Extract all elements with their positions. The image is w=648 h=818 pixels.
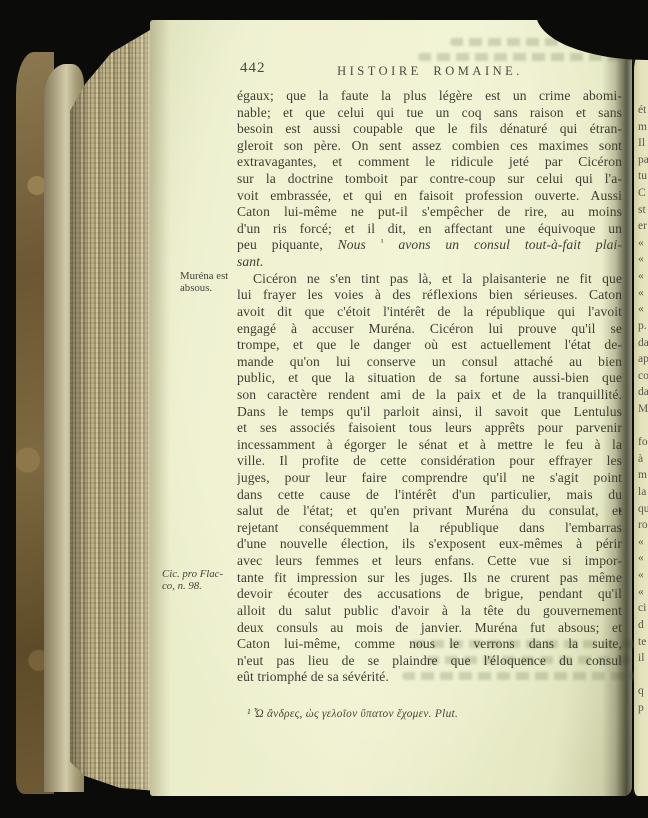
facing-page-fragment: ro — [638, 517, 648, 534]
facing-page-fragment: er — [638, 218, 648, 235]
facing-page-fragment: C — [638, 185, 648, 202]
facing-page-fragment: p — [638, 700, 648, 717]
facing-page-fragment: « — [638, 550, 648, 567]
facing-page-fragment: la — [638, 484, 648, 501]
facing-page-fragment: ci — [638, 600, 648, 617]
facing-page-fragment: d — [638, 617, 648, 634]
text-line: deux consuls au mois de janvier. Muréna … — [237, 620, 622, 637]
text-line: Caton lui-même, comme nous le verrons da… — [237, 636, 622, 653]
inner-margin-shadow — [150, 20, 170, 796]
text-line: sur la doctrine tomboit par contre-coup … — [237, 171, 622, 188]
facing-page-fragment: qu — [638, 501, 648, 518]
facing-page-fragment: ét — [638, 102, 648, 119]
facing-page-fragment: da — [638, 335, 648, 352]
text-line: dans cette cause de l'intérêt d'un parti… — [237, 487, 622, 504]
facing-page-fragment: pa — [638, 152, 648, 169]
text-line: voit embrassée, et qui en faisoit profes… — [237, 188, 622, 205]
margin-note-line: co, n. 98. — [162, 580, 232, 592]
text-line: public, et que la situation de sa fortun… — [237, 370, 622, 387]
page: 442 HISTOIRE ROMAINE. Muréna estabsous. … — [150, 20, 632, 796]
running-title: HISTOIRE ROMAINE. — [237, 64, 623, 79]
facing-page-fragment: « — [638, 285, 648, 302]
facing-page-fragment: « — [638, 268, 648, 285]
text-line: Caton lui-même ne put-il s'empêcher de r… — [237, 204, 622, 221]
facing-page-fragment: Il — [638, 135, 648, 152]
text-line: trompe, et que le danger où est actuelle… — [237, 337, 622, 354]
text-line: gleroit son père. On sent assez combien … — [237, 138, 622, 155]
text-line: incessamment à égorger le sénat et à met… — [237, 437, 622, 454]
facing-page-fragment: p. — [638, 318, 648, 335]
body-text: égaux; que la faute la plus légère est u… — [237, 88, 622, 686]
facing-page-fragment: st — [638, 202, 648, 219]
stacked-pages-fore-edge — [70, 22, 156, 794]
facing-page-fragment: « — [638, 584, 648, 601]
text-line: peu piquante, Nous ¹ avons un consul tou… — [237, 237, 622, 254]
facing-page-fragment: « — [638, 251, 648, 268]
text-line: rejetant conséquemment la république dan… — [237, 520, 622, 537]
facing-page-fragment: m — [638, 467, 648, 484]
facing-page-fragments: étmIlpatuCster«««««p.daapcodaM foàmlaqur… — [638, 102, 648, 717]
text-line: avoit dit que c'étoit l'intérêt de la ré… — [237, 304, 622, 321]
text-line: alloit du salut public d'avoir à la tête… — [237, 603, 622, 620]
text-line: n'eut pas lieu de se plaindre que l'éloq… — [237, 653, 622, 670]
margin-note: Cic. pro Flac-co, n. 98. — [162, 568, 232, 592]
facing-page-fragment: te — [638, 634, 648, 651]
text-line: devoir écouter des accusations de brigue… — [237, 586, 622, 603]
facing-page-fragment: ap — [638, 351, 648, 368]
facing-page-fragment: fo — [638, 434, 648, 451]
facing-page-fragment: co — [638, 368, 648, 385]
text-line: avec leurs femmes et leurs enfans. Cette… — [237, 553, 622, 570]
facing-page-fragment: M — [638, 401, 648, 418]
facing-page-fragment: à — [638, 451, 648, 468]
text-line: d'une nouvelle élection, ils s'exposent … — [237, 536, 622, 553]
text-line: et ses associés faisoient tous leurs app… — [237, 420, 622, 437]
text-line: lui frayer les voies à des réflexions bi… — [237, 287, 622, 304]
margin-note-line: Cic. pro Flac- — [162, 568, 232, 580]
book-scan: 442 HISTOIRE ROMAINE. Muréna estabsous. … — [0, 0, 648, 818]
facing-page-sliver: étmIlpatuCster«««««p.daapcodaM foàmlaqur… — [634, 48, 648, 796]
facing-page-fragment: « — [638, 235, 648, 252]
text-line: sant. — [237, 254, 622, 271]
facing-page-fragment: il — [638, 650, 648, 667]
text-line: mande qu'on lui conserve un consul attac… — [237, 354, 622, 371]
text-line: Dans le temps qu'il parloit ainsi, il sa… — [237, 404, 622, 421]
text-line: d'un ris forcé; et il dit, en affectant … — [237, 221, 622, 238]
text-line: égaux; que la faute la plus légère est u… — [237, 88, 622, 105]
text-line: nable; et que celui qui tue un coq sans … — [237, 105, 622, 122]
text-line: Cicéron ne s'en tint pas là, et la plais… — [237, 271, 622, 288]
text-line: tante fit impression sur les juges. Ils … — [237, 570, 622, 587]
text-line: eût triomphé de sa sévérité. — [237, 669, 622, 686]
text-line: ville. Il profite de cette considération… — [237, 453, 622, 470]
facing-page-fragment: « — [638, 534, 648, 551]
text-line: son caractère rendent ami de la paix et … — [237, 387, 622, 404]
facing-page-fragment: q — [638, 683, 648, 700]
footnote: ¹ Ὦ ἄνδρες, ὡς γελοῖον ὕπατον ἔχομεν. Pl… — [247, 708, 458, 720]
text-line: besoin est aussi coupable que le fils dé… — [237, 121, 622, 138]
text-line: extravagantes, et comment le ridicule je… — [237, 154, 622, 171]
facing-page-fragment: tu — [638, 168, 648, 185]
text-line: juges, pour leur faire comprendre qu'il … — [237, 470, 622, 487]
facing-page-fragment — [638, 418, 648, 435]
facing-page-fragment: « — [638, 301, 648, 318]
facing-page-fragment: da — [638, 384, 648, 401]
facing-page-fragment: m — [638, 119, 648, 136]
facing-page-fragment — [638, 667, 648, 684]
text-line: salut de l'état; et qu'en privant Muréna… — [237, 503, 622, 520]
text-line: engagé à accuser Muréna. Cicéron lui pro… — [237, 321, 622, 338]
facing-page-fragment: « — [638, 567, 648, 584]
